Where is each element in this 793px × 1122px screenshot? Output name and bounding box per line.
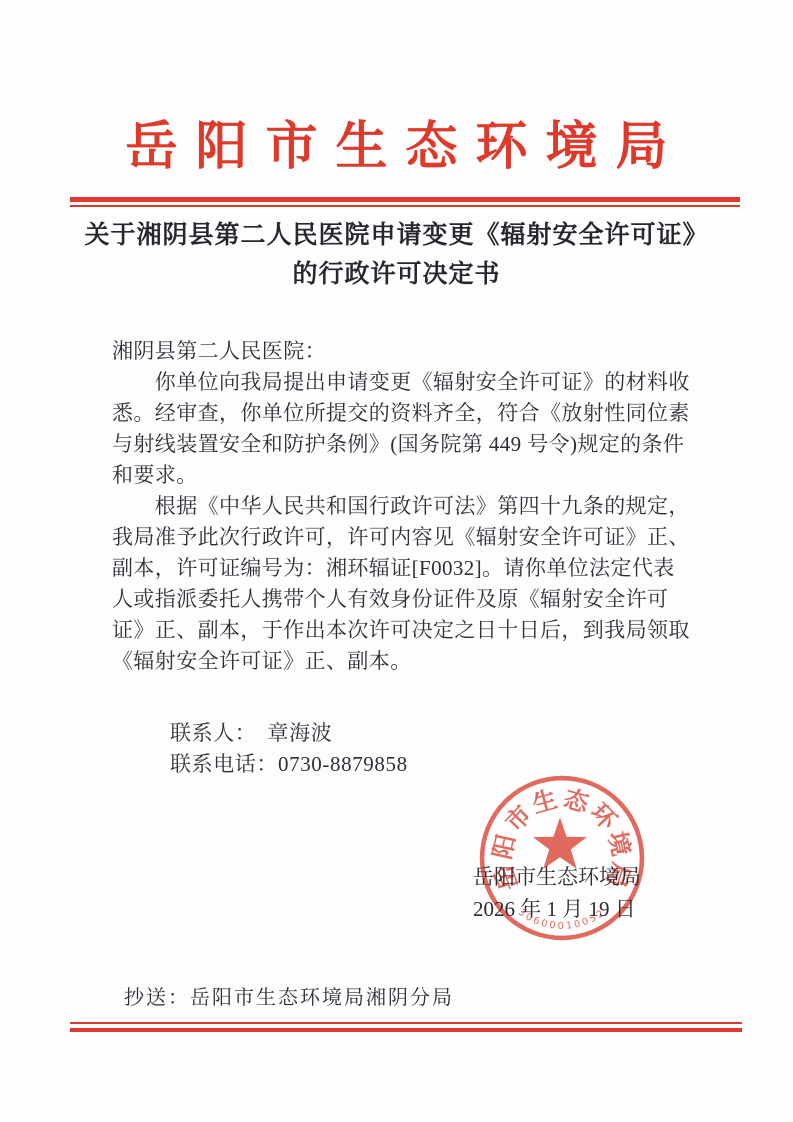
document-title: 关于湘阴县第二人民医院申请变更《辐射安全许可证》 的行政许可决定书 <box>0 216 793 294</box>
divider-thin-line <box>70 205 740 207</box>
contact-person-line: 联系人： 章海波 <box>170 718 408 749</box>
document-title-line2: 的行政许可决定书 <box>0 255 793 294</box>
footer-divider-thick-line <box>70 1028 742 1032</box>
contact-phone-line: 联系电话：0730-8879858 <box>170 749 408 780</box>
signature-block: 岳阳市生态环境局 2026 年 1 月 19 日 <box>473 861 641 925</box>
contact-block: 联系人： 章海波 联系电话：0730-8879858 <box>170 718 408 780</box>
cc-line: 抄送：岳阳市生态环境局湘阴分局 <box>124 981 454 1010</box>
signature-org: 岳阳市生态环境局 <box>473 861 641 893</box>
footer-divider <box>70 1022 742 1032</box>
signature-date: 2026 年 1 月 19 日 <box>473 893 641 925</box>
document-page: 岳阳市生态环境局 关于湘阴县第二人民医院申请变更《辐射安全许可证》 的行政许可决… <box>0 0 793 1122</box>
letter-body: 湘阴县第二人民医院： 你单位向我局提出申请变更《辐射安全许可证》的材料收 悉。经… <box>112 336 697 677</box>
footer-divider-thin-line <box>70 1022 742 1024</box>
letterhead-divider <box>70 197 740 207</box>
divider-thick-line <box>70 197 740 202</box>
letterhead-org-name: 岳阳市生态环境局 <box>0 104 793 179</box>
document-title-line1: 关于湘阴县第二人民医院申请变更《辐射安全许可证》 <box>0 216 793 255</box>
